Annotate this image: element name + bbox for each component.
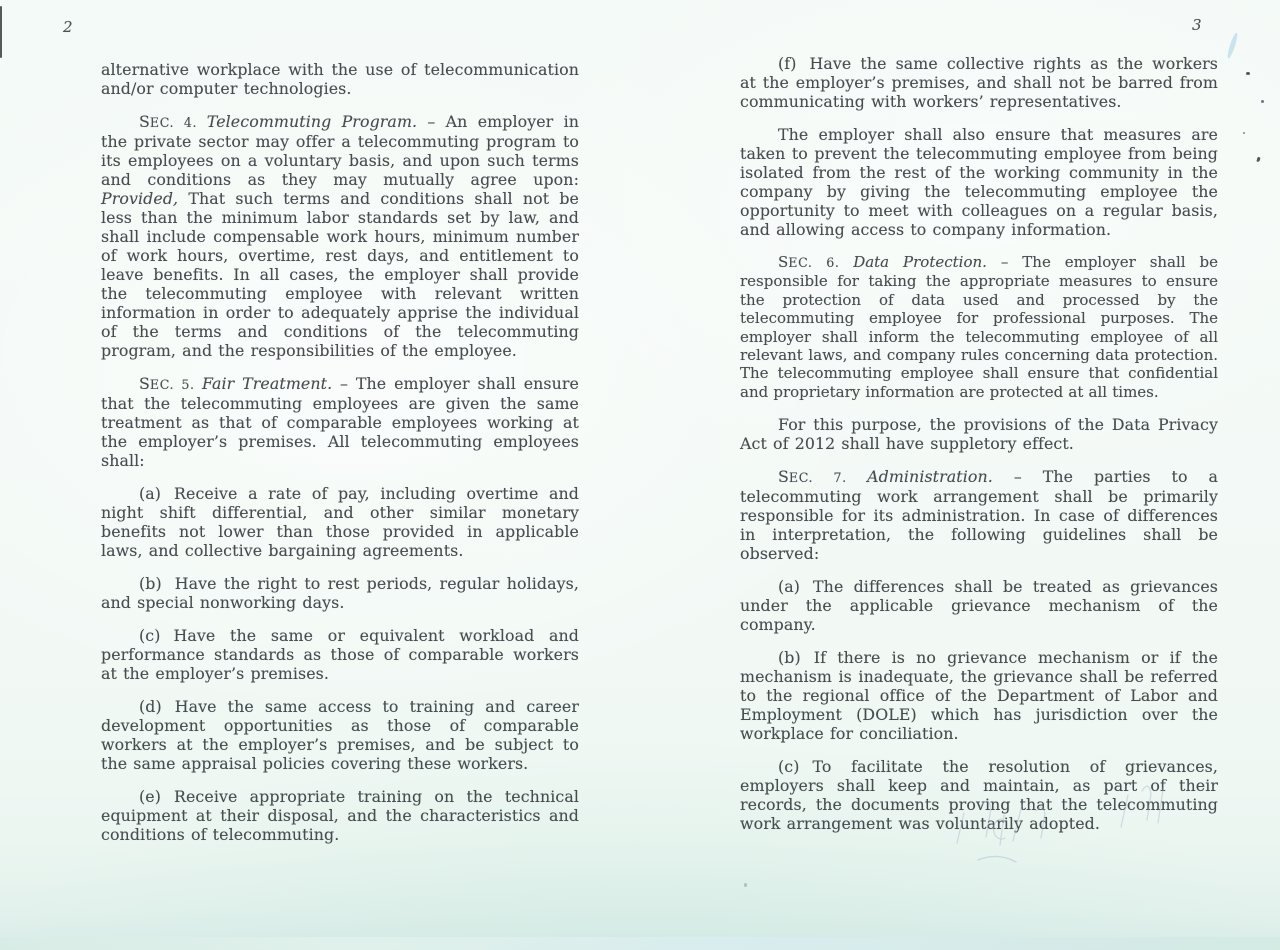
text-run: EC. 5. — [150, 377, 202, 392]
text-run: Telecommuting Program. — [207, 112, 428, 131]
item-label: (a) — [778, 577, 800, 596]
scanned-document: 2 3 alternative workplace with the use o… — [0, 0, 1280, 950]
paragraph: (b)If there is no grievance mechanism or… — [740, 648, 1218, 743]
page-number-left: 2 — [63, 18, 73, 36]
text-run: For this purpose, the provisions of the … — [740, 415, 1218, 453]
paragraph: SEC. 6. Data Protection. – The employer … — [740, 253, 1218, 401]
paragraph: (c)Have the same or equivalent workload … — [101, 626, 579, 683]
page-column: (f)Have the same collective rights as th… — [740, 54, 1218, 847]
paragraph: (f)Have the same collective rights as th… — [740, 54, 1218, 111]
ink-speck — [744, 883, 747, 887]
paragraph: For this purpose, the provisions of the … — [740, 415, 1218, 453]
text-run: EC. 7. — [789, 470, 867, 485]
text-run: The differences shall be treated as grie… — [740, 577, 1218, 634]
faint-handwriting-marks — [918, 765, 1258, 915]
text-run: S — [778, 253, 788, 271]
text-run: Administration. — [867, 467, 1014, 486]
text-run: Provided, — [101, 189, 178, 208]
page-column: alternative workplace with the use of te… — [101, 60, 579, 858]
text-run: Have the right to rest periods, regular … — [101, 574, 579, 612]
text-run: Receive a rate of pay, including overtim… — [101, 484, 579, 560]
text-run: EC. 4. — [150, 115, 207, 130]
paragraph: (d)Have the same access to training and … — [101, 697, 579, 773]
ink-smudge — [1226, 32, 1239, 59]
text-run: If there is no grievance mechanism or if… — [740, 648, 1218, 743]
text-run: EC. 6. — [788, 255, 853, 270]
item-label: (b) — [139, 574, 162, 593]
text-run: Receive appropriate training on the tech… — [101, 787, 579, 844]
paragraph: (a)The differences shall be treated as g… — [740, 577, 1218, 634]
ink-speck — [1246, 72, 1250, 75]
paragraph: SEC. 4. Telecommuting Program. – An empl… — [101, 112, 579, 360]
item-label: (d) — [139, 697, 162, 716]
text-run: The employer shall also ensure that meas… — [740, 125, 1218, 239]
item-label: (f) — [778, 54, 796, 73]
paragraph: (a)Receive a rate of pay, including over… — [101, 484, 579, 560]
text-run: Have the same or equivalent workload and… — [101, 626, 579, 683]
text-run: Data Protection. — [853, 253, 1001, 271]
text-run: That such terms and conditions shall not… — [101, 189, 579, 360]
page-number-right: 3 — [1192, 16, 1202, 34]
paragraph: (b)Have the right to rest periods, regul… — [101, 574, 579, 612]
item-label: (e) — [139, 787, 161, 806]
paragraph: (e)Receive appropriate training on the t… — [101, 787, 579, 844]
item-label: (a) — [139, 484, 161, 503]
text-run: – The employer shall be responsible for … — [740, 253, 1218, 401]
text-run: S — [139, 374, 150, 393]
text-run: Have the same access to training and car… — [101, 697, 579, 773]
text-run: S — [778, 467, 789, 486]
text-run: alternative workplace with the use of te… — [101, 60, 579, 98]
ink-speck — [1243, 132, 1245, 134]
paragraph: alternative workplace with the use of te… — [101, 60, 579, 98]
item-label: (c) — [139, 626, 160, 645]
paragraph: The employer shall also ensure that meas… — [740, 125, 1218, 239]
scan-edge-artifact — [0, 6, 2, 58]
ink-speck — [1256, 157, 1260, 163]
text-run: Fair Treatment. — [202, 374, 340, 393]
text-run: S — [139, 112, 150, 131]
item-label: (c) — [778, 757, 799, 776]
item-label: (b) — [778, 648, 801, 667]
ink-speck — [1261, 100, 1264, 103]
scanner-edge-band — [0, 937, 1280, 950]
paragraph: SEC. 7. Administration. – The parties to… — [740, 467, 1218, 563]
text-run: Have the same collective rights as the w… — [740, 54, 1218, 111]
paragraph: SEC. 5. Fair Treatment. – The employer s… — [101, 374, 579, 470]
